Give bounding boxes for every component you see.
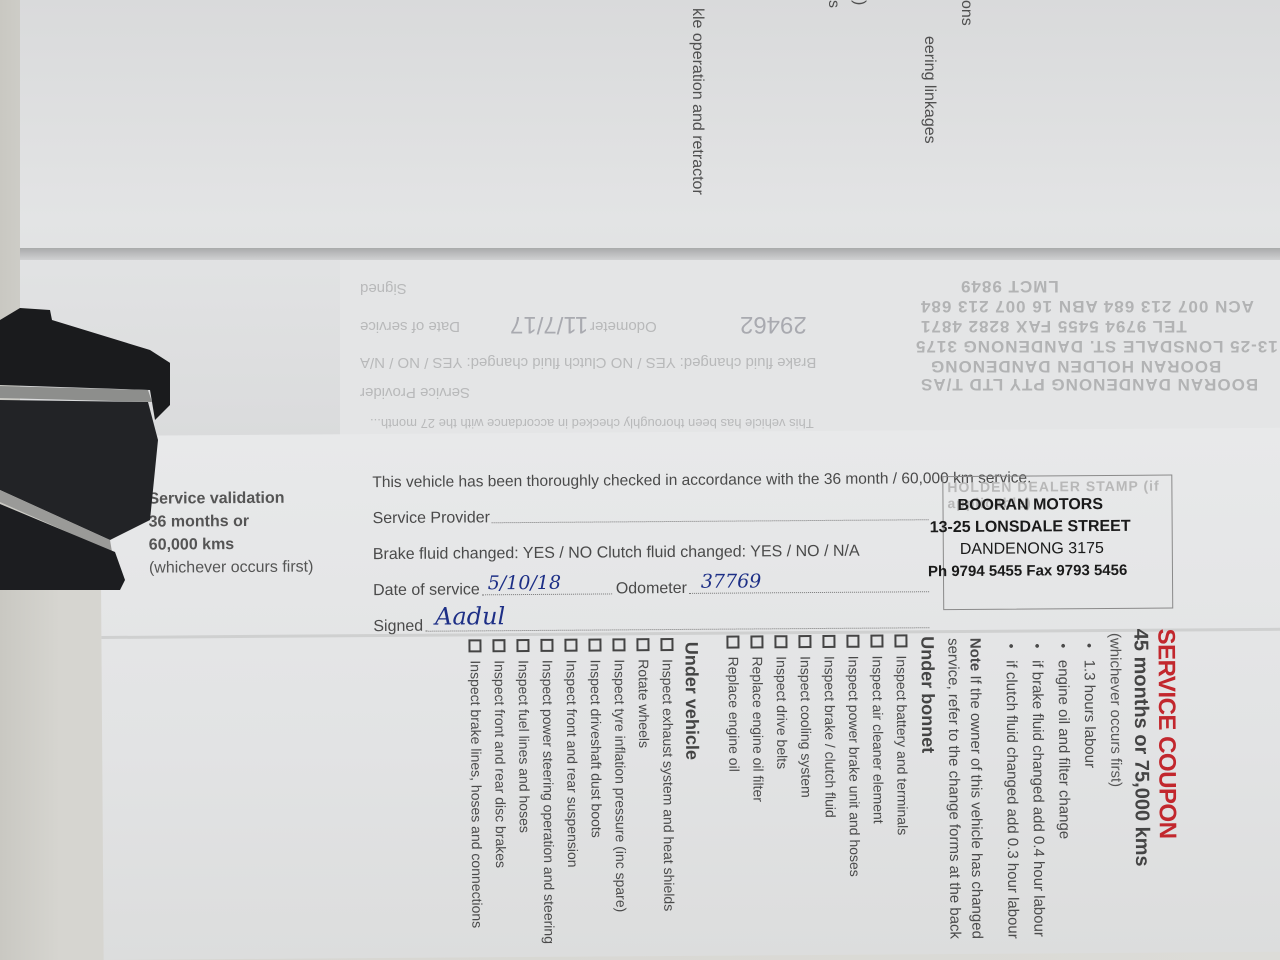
checklist-item[interactable]: Inspect power steering operation and ste… — [535, 639, 561, 944]
bullet-text: 1.3 hours labour — [1081, 660, 1099, 769]
checklist-item[interactable]: Inspect front and rear disc brakes — [487, 639, 513, 944]
coupon-note: Note If the owner of this vehicle has ch… — [966, 638, 985, 939]
checklist-item-label: Inspect brake lines, hoses and connectio… — [468, 660, 486, 928]
checkbox-icon[interactable] — [589, 639, 602, 652]
under-vehicle-list: Inspect brake lines, hoses and connectio… — [463, 638, 681, 945]
checklist-item-label: Replace engine oil — [726, 657, 743, 772]
checklist-item-label: Inspect battery and terminals — [894, 655, 911, 835]
statement-text: This vehicle has been thoroughly checked… — [372, 469, 1031, 492]
ghost-handwritten-date: 11/7/17 — [510, 310, 588, 338]
under-bonnet-list: Replace engine oilReplace engine oil fil… — [721, 634, 915, 877]
checkbox-icon[interactable] — [751, 635, 764, 648]
service-coupon-page: Service validation 36 months or 60,000 k… — [100, 428, 1280, 960]
under-vehicle-heading-block: Under vehicle — [680, 642, 702, 760]
checklist-item-label: Inspect air cleaner element — [870, 656, 887, 824]
coupon-bullet: • engine oil and filter change — [1053, 643, 1072, 839]
signed-row: Signed Aadul — [373, 596, 933, 636]
partial-line-seatbelt: kle operation and retractor — [688, 8, 706, 195]
checkbox-icon[interactable] — [541, 639, 554, 652]
partial-line-steering: eering linkages — [920, 36, 938, 144]
ghost-form-line: Brake fluid changed: YES / NO Clutch flu… — [360, 354, 816, 371]
signed-label: Signed — [373, 618, 423, 636]
bullet-text: engine oil and filter change — [1055, 660, 1073, 839]
checklist-item[interactable]: Replace engine oil — [721, 635, 747, 877]
coupon-qualifier: (whichever occurs first) — [1106, 633, 1124, 787]
checkbox-icon[interactable] — [727, 636, 740, 649]
checklist-item-label: Replace engine oil filter — [750, 656, 767, 802]
previous-coupon-strip: LMCT 9849 ACN 007 213 684 ABN 16 007 213… — [340, 260, 1280, 440]
service-provider-row: Service Provider — [372, 488, 932, 528]
checklist-item-label: Inspect fuel lines and hoses — [516, 660, 533, 833]
checkbox-icon[interactable] — [661, 638, 674, 651]
checkbox-icon[interactable] — [469, 639, 482, 652]
checklist-item-label: Rotate wheels — [636, 659, 653, 748]
bullet-text: if brake fluid changed add 0.4 hour labo… — [1029, 660, 1048, 937]
checklist-item[interactable]: Inspect brake lines, hoses and connectio… — [463, 639, 489, 944]
checklist-item[interactable]: Inspect exhaust system and heat shields — [655, 638, 681, 943]
coupon-subtitle: 45 months or 75,000 kms — [1128, 629, 1153, 867]
under-bonnet-heading: Under bonnet — [916, 636, 938, 753]
checklist-item-label: Inspect front and rear disc brakes — [492, 660, 509, 868]
bullet-text: if clutch fluid changed add 0.3 hour lab… — [1003, 660, 1022, 939]
coupon-qualifier-block: (whichever occurs first) — [1106, 633, 1124, 787]
checklist-item-label: Inspect driveshaft dust boots — [588, 659, 605, 837]
checkbox-icon[interactable] — [823, 635, 836, 648]
partial-line-ons: ons — [957, 0, 975, 26]
odometer-field[interactable]: 37769 — [689, 591, 929, 594]
ghost-form-line: This vehicle has been thoroughly checked… — [370, 416, 814, 431]
stamp-dealer-name: BOORAN MOTORS — [957, 496, 1103, 515]
partial-line-bracket: ) — [850, 0, 868, 5]
checklist-item-label: Inspect power steering operation and ste… — [540, 660, 558, 944]
checklist-item-label: Inspect exhaust system and heat shields — [660, 659, 678, 911]
checkbox-icon[interactable] — [493, 639, 506, 652]
coupon-subtitle-block: 45 months or 75,000 kms — [1128, 629, 1153, 867]
validation-title: Service validation — [148, 487, 313, 511]
service-provider-label: Service Provider — [373, 509, 490, 528]
odometer-label: Odometer — [616, 580, 687, 598]
ghost-form-line: Signed — [360, 280, 407, 297]
service-provider-field[interactable] — [492, 519, 929, 523]
handwritten-date: 5/10/18 — [488, 572, 561, 595]
ghost-stamp-line: 13-25 LONSDALE ST. DANDENONG 3175 — [915, 336, 1278, 356]
binder-clip — [0, 290, 170, 590]
ghost-form-line: Odometer — [590, 318, 657, 335]
stamp-address: 13-25 LONSDALE STREET — [930, 518, 1131, 537]
dealer-stamp-box: HOLDEN DEALER STAMP (if applicable) BOOR… — [942, 475, 1173, 611]
date-field[interactable]: 5/10/18 — [482, 593, 612, 595]
coupon-bullet: • if clutch fluid changed add 0.3 hour l… — [1001, 644, 1021, 939]
ghost-stamp-line: TEL 9794 5455 FAX 8282 4871 — [920, 316, 1187, 336]
coupon-bullet: • 1.3 hours labour — [1079, 643, 1098, 768]
under-vehicle-heading: Under vehicle — [680, 642, 702, 760]
note-text-2: service, refer to the change forms at th… — [944, 638, 963, 939]
checklist-item-label: Inspect front and rear suspension — [564, 660, 581, 868]
previous-page: ons eering linkages ) s kle operation an… — [20, 0, 1280, 440]
ghost-stamp-line: BOORAN HOLDEN DANDENONG — [930, 356, 1221, 376]
checkbox-icon[interactable] — [517, 639, 530, 652]
checklist-item[interactable]: Inspect front and rear suspension — [559, 639, 585, 944]
under-bonnet-heading-block: Under bonnet — [916, 636, 938, 753]
checkbox-icon[interactable] — [871, 635, 884, 648]
checklist-item[interactable]: Inspect brake / clutch fluid — [817, 635, 843, 877]
checklist-item[interactable]: Inspect fuel lines and hoses — [511, 639, 537, 944]
service-validation-label: Service validation 36 months or 60,000 k… — [148, 487, 313, 580]
statement-row: This vehicle has been thoroughly checked… — [372, 458, 932, 492]
checklist-item[interactable]: Replace engine oil filter — [745, 635, 771, 877]
checklist-item[interactable]: Inspect air cleaner element — [865, 634, 891, 876]
checklist-item[interactable]: Inspect battery and terminals — [889, 634, 915, 876]
validation-qualifier: (whichever occurs first) — [149, 556, 314, 580]
service-validation-form: This vehicle has been thoroughly checked… — [372, 458, 933, 636]
checkbox-icon[interactable] — [613, 638, 626, 651]
checklist-item-label: Inspect cooling system — [798, 656, 815, 798]
checklist-item[interactable]: Rotate wheels — [631, 638, 657, 943]
stamp-phone-fax: Ph 9794 5455 Fax 9793 5456 — [928, 562, 1127, 580]
checkbox-icon[interactable] — [847, 635, 860, 648]
date-odometer-row: Date of service 5/10/18 Odometer 37769 — [373, 560, 933, 600]
validation-kms: 60,000 kms — [149, 533, 314, 557]
signature: Aadul — [435, 602, 505, 630]
checkbox-icon[interactable] — [637, 638, 650, 651]
coupon-note-2: service, refer to the change forms at th… — [944, 638, 963, 939]
checklist-item[interactable]: Inspect power brake unit and hoses — [841, 635, 867, 877]
fluids-row: Brake fluid changed: YES / NO Clutch flu… — [373, 524, 933, 564]
partial-line-s: s — [824, 0, 842, 8]
date-label: Date of service — [373, 581, 480, 600]
checkbox-icon[interactable] — [799, 635, 812, 648]
checklist-item-label: Inspect power brake unit and hoses — [846, 656, 864, 877]
ghost-form-line: Service Provider — [360, 384, 470, 401]
ghost-stamp-line: LMCT 9849 — [960, 276, 1059, 296]
ghost-stamp-line: BOORAN DANDENONG PTY LTD T/AS — [920, 374, 1258, 394]
note-text: If the owner of this vehicle has changed — [967, 671, 986, 939]
checkbox-icon[interactable] — [775, 635, 788, 648]
coupon-title: SERVICE COUPON — [1151, 628, 1180, 838]
coupon-bullet: • if brake fluid changed add 0.4 hour la… — [1027, 643, 1047, 937]
checkbox-icon[interactable] — [565, 639, 578, 652]
checklist-item-label: Inspect brake / clutch fluid — [822, 656, 839, 818]
coupon-title-block: SERVICE COUPON — [1151, 628, 1180, 838]
checkbox-icon[interactable] — [895, 634, 908, 647]
stamp-suburb: DANDENONG 3175 — [960, 540, 1104, 559]
ghost-handwritten-odometer: 29462 — [740, 310, 807, 338]
ghost-stamp-line: ACN 007 213 684 ABN 16 007 213 684 — [920, 296, 1254, 316]
fluids-label: Brake fluid changed: YES / NO Clutch flu… — [373, 543, 860, 564]
checklist-item[interactable]: Inspect driveshaft dust boots — [583, 638, 609, 943]
signature-field[interactable]: Aadul — [425, 627, 929, 632]
checklist-item-label: Inspect drive belts — [774, 656, 791, 769]
validation-months: 36 months or — [149, 510, 314, 534]
handwritten-odometer: 37769 — [701, 570, 762, 592]
page-fold — [20, 248, 1280, 260]
checklist-item[interactable]: Inspect drive belts — [769, 635, 795, 877]
checklist-item[interactable]: Inspect cooling system — [793, 635, 819, 877]
checklist-item[interactable]: Inspect tyre inflation pressure (inc spa… — [607, 638, 633, 943]
note-label: Note — [966, 638, 983, 671]
checklist-item-label: Inspect tyre inflation pressure (inc spa… — [612, 659, 630, 912]
ghost-form-line: Date of service — [360, 318, 460, 335]
